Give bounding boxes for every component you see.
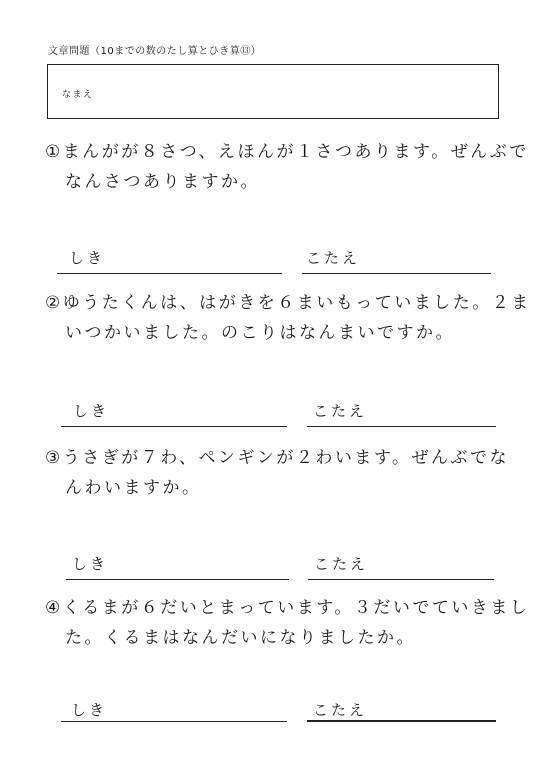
- question-4-kotae-field[interactable]: こたえ: [307, 692, 496, 722]
- question-4-line-2: た。くるまはなんだいになりましたか。: [45, 623, 529, 653]
- shiki-label: しき: [69, 247, 105, 268]
- kotae-label: こたえ: [313, 400, 367, 421]
- shiki-label: しき: [71, 699, 107, 720]
- question-2-line-1: ②ゆうたくんは、はがきを６まいもっていました。２ま: [45, 288, 531, 318]
- kotae-label: こたえ: [306, 247, 360, 268]
- question-2-kotae-field[interactable]: こたえ: [307, 397, 496, 427]
- question-2-line-2: いつかいました。のこりはなんまいですか。: [45, 318, 531, 348]
- name-label: なまえ: [62, 87, 94, 100]
- question-4-line-1: ④くるまが６だいとまっています。３だいでていきまし: [45, 593, 529, 623]
- shiki-label: しき: [73, 400, 109, 421]
- shiki-underline: [61, 426, 287, 427]
- question-1-line-2: なんさつありますか。: [45, 167, 529, 197]
- question-3-kotae-field[interactable]: こたえ: [308, 550, 494, 580]
- kotae-label: こたえ: [313, 699, 367, 720]
- shiki-underline: [61, 721, 287, 722]
- question-4-shiki-field[interactable]: しき: [61, 692, 287, 722]
- question-1-shiki-field[interactable]: しき: [57, 244, 282, 274]
- shiki-underline: [57, 273, 282, 274]
- kotae-label: こたえ: [314, 553, 368, 574]
- question-3-line-2: んわいますか。: [45, 473, 509, 503]
- kotae-underline: [302, 273, 491, 274]
- shiki-label: しき: [72, 553, 108, 574]
- kotae-underline: [307, 426, 496, 427]
- question-2: ②ゆうたくんは、はがきを６まいもっていました。２ま いつかいました。のこりはなん…: [45, 288, 531, 348]
- question-1-kotae-field[interactable]: こたえ: [302, 244, 491, 274]
- question-2-shiki-field[interactable]: しき: [61, 397, 287, 427]
- worksheet-title: 文章問題（10までの数のたし算とひき算⑬）: [48, 42, 261, 57]
- kotae-underline: [307, 720, 496, 722]
- question-1-line-1: ①まんがが８さつ、えほんが１さつあります。ぜんぶで: [45, 137, 529, 167]
- question-3-shiki-field[interactable]: しき: [66, 550, 289, 580]
- shiki-underline: [66, 579, 289, 580]
- question-1: ①まんがが８さつ、えほんが１さつあります。ぜんぶで なんさつありますか。: [45, 137, 529, 197]
- question-3: ③うさぎが７わ、ペンギンが２わいます。ぜんぶでな んわいますか。: [45, 443, 509, 503]
- kotae-underline: [308, 579, 494, 580]
- question-3-line-1: ③うさぎが７わ、ペンギンが２わいます。ぜんぶでな: [45, 443, 509, 473]
- question-4: ④くるまが６だいとまっています。３だいでていきまし た。くるまはなんだいになりま…: [45, 593, 529, 653]
- name-box[interactable]: なまえ: [47, 64, 499, 119]
